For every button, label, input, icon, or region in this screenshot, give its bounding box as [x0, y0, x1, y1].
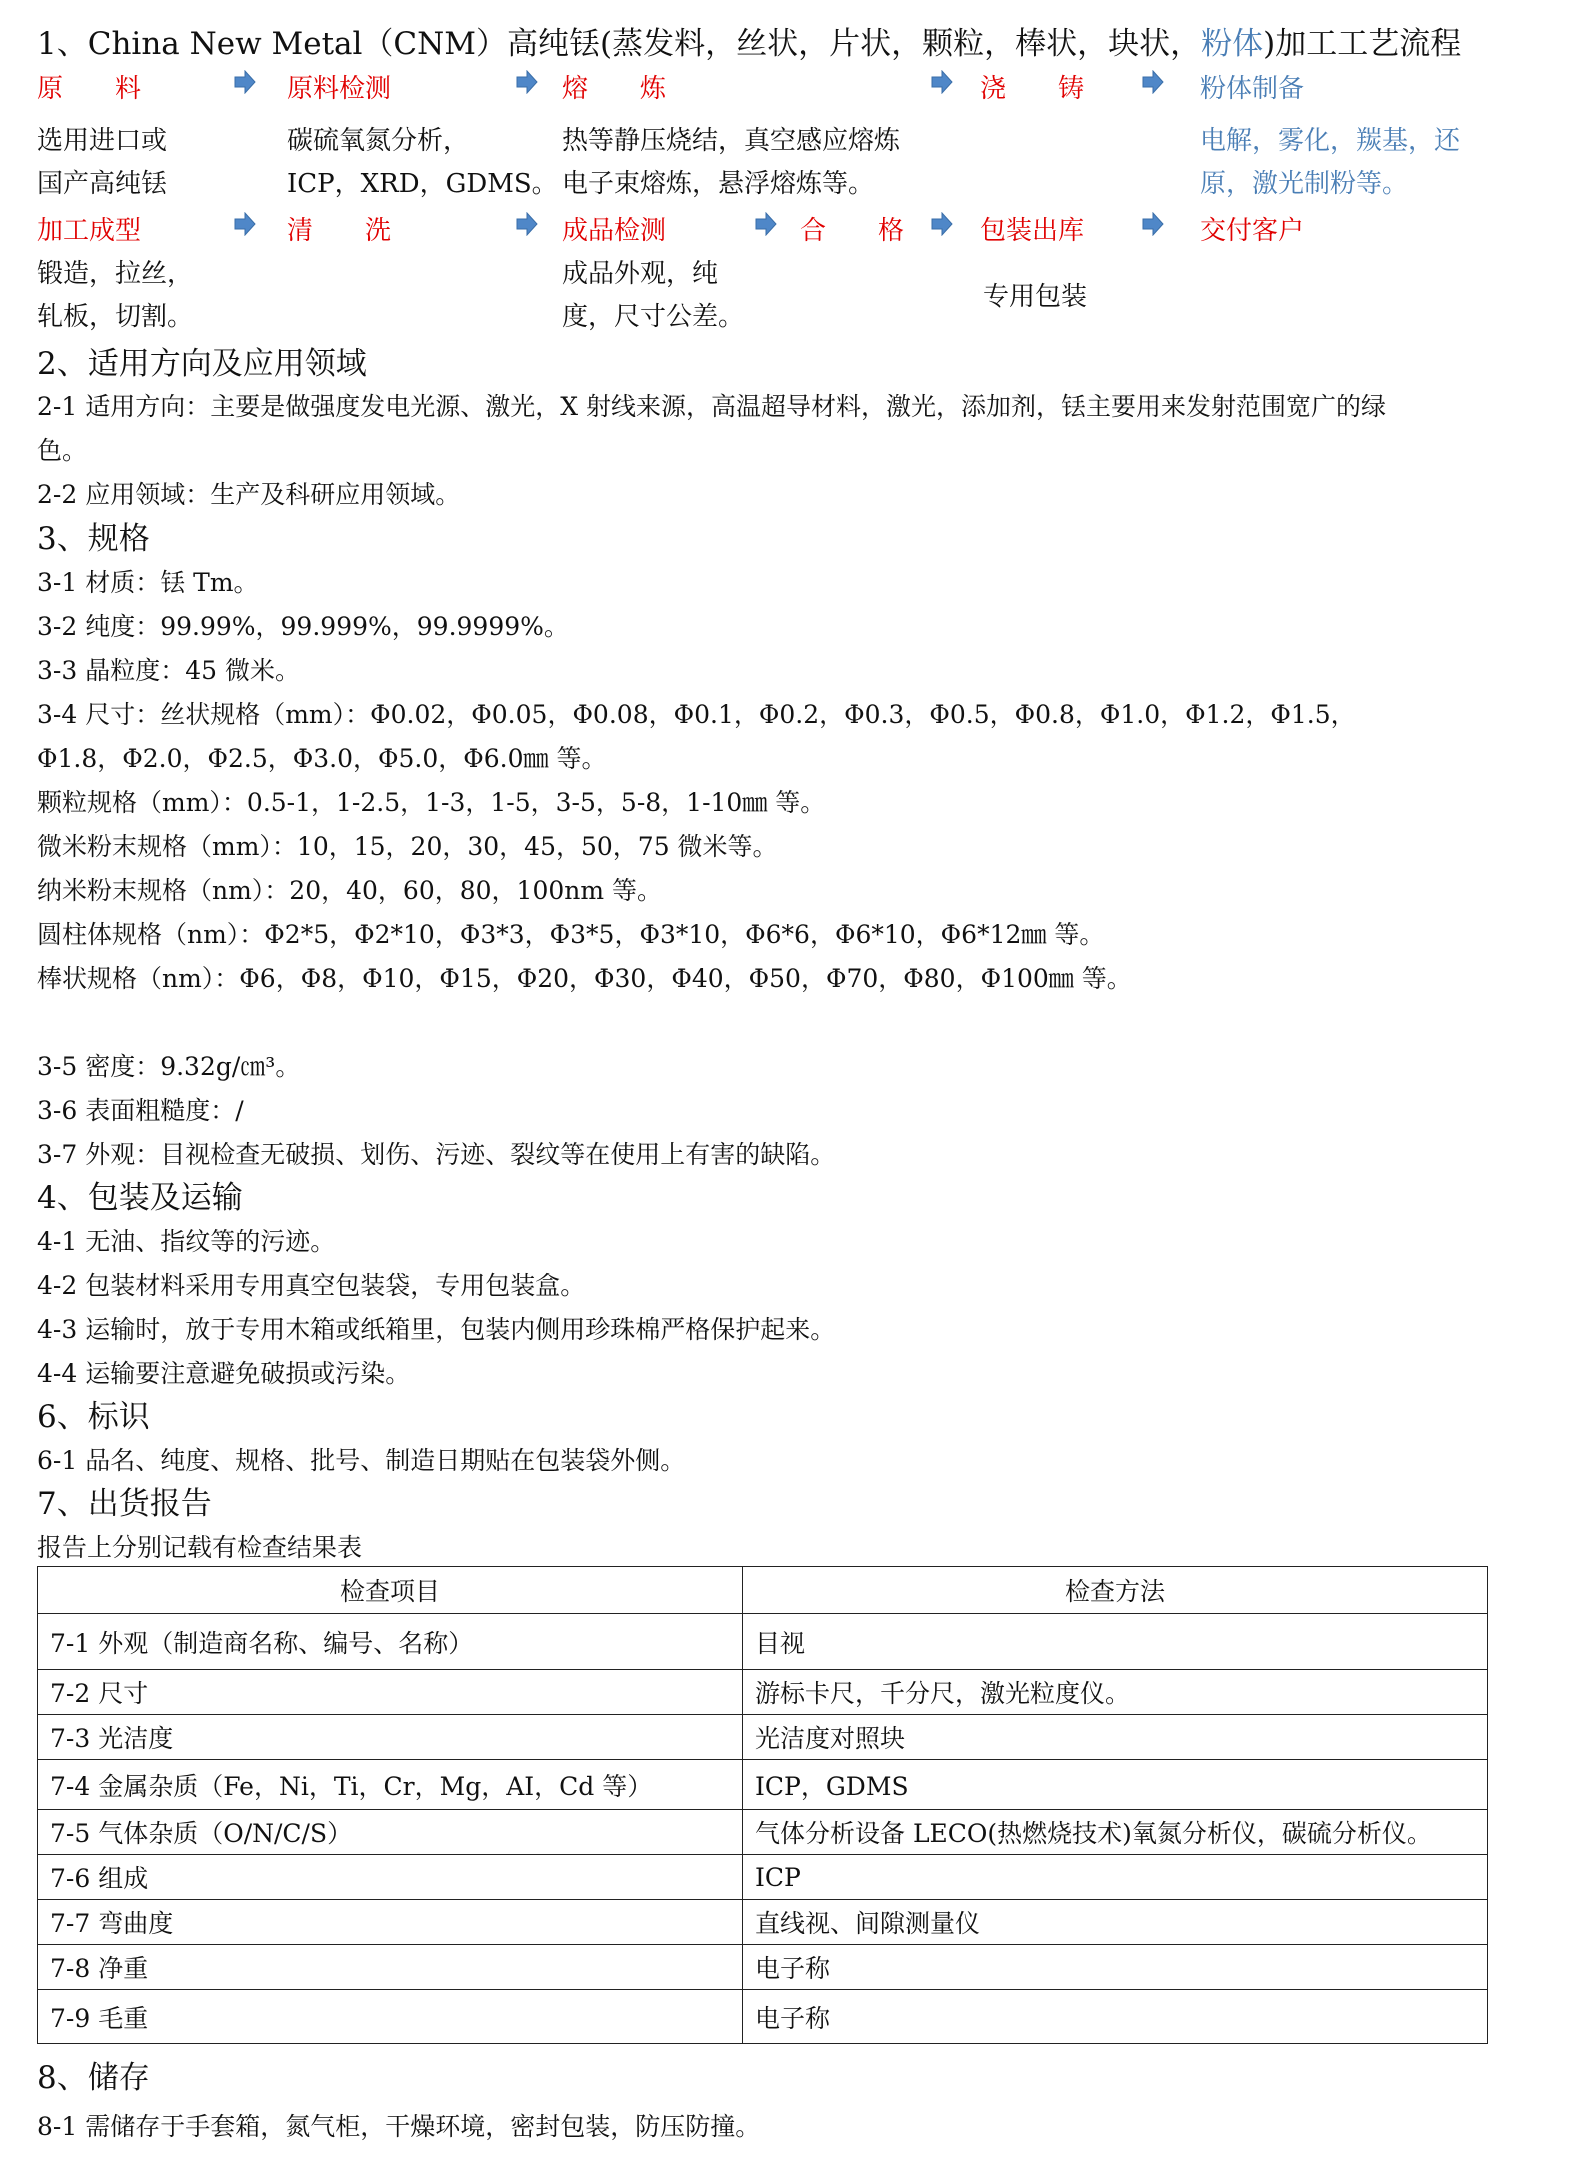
spec-item: 3-4 尺寸：丝状规格（mm）：Φ0.02，Φ0.05，Φ0.08，Φ0.1，Φ… [37, 695, 1356, 731]
flow-step-casting: 浇 铸 [980, 68, 1084, 105]
label-item: 6-1 品名、纯度、规格、批号、制造日期贴在包装袋外侧。 [37, 1441, 685, 1477]
flow-desc-packing: 专用包装 [983, 276, 1087, 313]
spec-item: 圆柱体规格（nm）：Φ2*5，Φ2*10，Φ3*3，Φ3*5，Φ3*10，Φ6*… [37, 915, 1104, 951]
spec-item: 3-6 表面粗糙度：/ [37, 1091, 244, 1127]
table-row: 7-8 净重 电子称 [38, 1945, 1488, 1990]
table-cell-method: 目视 [743, 1614, 1488, 1670]
table-cell-item: 7-4 金属杂质（Fe，Ni，Ti，Cr，Mg，AI，Cd 等） [38, 1760, 743, 1810]
table-cell-method: 电子称 [743, 1945, 1488, 1990]
spec-item: 纳米粉末规格（nm）：20，40，60，80，100nm 等。 [37, 871, 662, 907]
flow-step-qualified: 合 格 [800, 210, 904, 247]
flow-desc-forming-1: 锻造，拉丝， [37, 253, 193, 290]
storage-item: 8-1 需储存于手套箱，氮气柜，干燥环境，密封包装，防压防撞。 [37, 2107, 760, 2143]
flow-step-final-test: 成品检测 [562, 210, 666, 247]
table-header-row: 检查项目 检查方法 [38, 1567, 1488, 1614]
table-cell-method: 电子称 [743, 1990, 1488, 2044]
spec-item: Φ1.8，Φ2.0，Φ2.5，Φ3.0，Φ5.0，Φ6.0㎜ 等。 [37, 739, 606, 775]
table-header-item: 检查项目 [38, 1567, 743, 1614]
title-suffix: )加工工艺流程 [1263, 26, 1461, 62]
section-2-heading: 2、适用方向及应用领域 [37, 338, 367, 383]
flow-step-raw-material: 原 料 [37, 68, 141, 105]
spec-item: 3-7 外观：目视检查无破损、划伤、污迹、裂纹等在使用上有害的缺陷。 [37, 1135, 835, 1171]
right-arrow-icon [1142, 212, 1164, 236]
packing-item: 4-2 包装材料采用专用真空包装袋，专用包装盒。 [37, 1266, 585, 1302]
table-cell-method: 气体分析设备 LECO(热燃烧技术)氧氮分析仪，碳硫分析仪。 [743, 1810, 1488, 1855]
section-2-item: 2-2 应用领域：生产及科研应用领域。 [37, 475, 460, 511]
spec-item: 3-1 材质：铥 Tm。 [37, 563, 259, 599]
right-arrow-icon [516, 212, 538, 236]
right-arrow-icon [755, 212, 777, 236]
spec-item: 颗粒规格（mm）：0.5-1，1-2.5，1-3，1-5，3-5，5-8，1-1… [37, 783, 825, 819]
table-header-method: 检查方法 [743, 1567, 1488, 1614]
right-arrow-icon [931, 212, 953, 236]
flow-step-packing-out: 包装出库 [980, 210, 1084, 247]
spec-item: 微米粉末规格（mm）：10，15，20，30，45，50，75 微米等。 [37, 827, 778, 863]
flow-desc-test-2: ICP，XRD，GDMS。 [287, 163, 558, 200]
document-title: 1、China New Metal（CNM）高纯铥(蒸发料，丝状，片状，颗粒，棒… [37, 18, 1461, 63]
table-cell-item: 7-3 光洁度 [38, 1715, 743, 1760]
section-6-heading: 6、标识 [37, 1391, 150, 1436]
table-cell-method: ICP [743, 1855, 1488, 1900]
flow-desc-smelting-2: 电子束熔炼，悬浮熔炼等。 [562, 163, 874, 200]
right-arrow-icon [516, 70, 538, 94]
table-cell-item: 7-6 组成 [38, 1855, 743, 1900]
table-cell-item: 7-8 净重 [38, 1945, 743, 1990]
flow-step-raw-material-test: 原料检测 [287, 68, 391, 105]
table-row: 7-5 气体杂质（O/N/C/S） 气体分析设备 LECO(热燃烧技术)氧氮分析… [38, 1810, 1488, 1855]
table-row: 7-2 尺寸 游标卡尺，千分尺，激光粒度仪。 [38, 1670, 1488, 1715]
section-8-heading: 8、储存 [37, 2052, 150, 2097]
table-cell-method: 光洁度对照块 [743, 1715, 1488, 1760]
section-2-item: 2-1 适用方向：主要是做强度发电光源、激光，X 射线来源，高温超导材料，激光，… [37, 387, 1386, 423]
flow-desc-final-test-1: 成品外观，纯 [562, 253, 718, 290]
right-arrow-icon [1142, 70, 1164, 94]
title-highlight: 粉体 [1201, 26, 1263, 62]
table-cell-item: 7-1 外观（制造商名称、编号、名称） [38, 1614, 743, 1670]
table-cell-method: 直线视、间隙测量仪 [743, 1900, 1488, 1945]
section-4-heading: 4、包装及运输 [37, 1172, 243, 1217]
table-cell-item: 7-9 毛重 [38, 1990, 743, 2044]
right-arrow-icon [234, 212, 256, 236]
flow-desc-test-1: 碳硫氧氮分析， [287, 120, 469, 157]
spec-item: 3-2 纯度：99.99%，99.999%，99.9999%。 [37, 607, 569, 643]
table-cell-item: 7-7 弯曲度 [38, 1900, 743, 1945]
packing-item: 4-4 运输要注意避免破损或污染。 [37, 1354, 410, 1390]
section-2-item: 色。 [37, 431, 87, 467]
table-cell-method: ICP，GDMS [743, 1760, 1488, 1810]
section-7-heading: 7、出货报告 [37, 1478, 212, 1523]
flow-desc-raw-material-1: 选用进口或 [37, 120, 167, 157]
table-row: 7-3 光洁度 光洁度对照块 [38, 1715, 1488, 1760]
flow-desc-forming-2: 轧板，切割。 [37, 296, 193, 333]
flow-step-powder-prep: 粉体制备 [1200, 68, 1304, 105]
flow-desc-raw-material-2: 国产高纯铥 [37, 163, 167, 200]
flow-step-cleaning: 清 洗 [287, 210, 391, 247]
spec-item: 3-3 晶粒度：45 微米。 [37, 651, 300, 687]
right-arrow-icon [931, 70, 953, 94]
right-arrow-icon [234, 70, 256, 94]
title-prefix: 1、China New Metal（CNM）高纯铥(蒸发料，丝状，片状，颗粒，棒… [37, 26, 1201, 62]
table-row: 7-7 弯曲度 直线视、间隙测量仪 [38, 1900, 1488, 1945]
table-cell-item: 7-5 气体杂质（O/N/C/S） [38, 1810, 743, 1855]
table-cell-item: 7-2 尺寸 [38, 1670, 743, 1715]
flow-step-smelting: 熔 炼 [562, 68, 666, 105]
flow-desc-powder-1: 电解，雾化，羰基，还 [1200, 120, 1460, 157]
table-row: 7-4 金属杂质（Fe，Ni，Ti，Cr，Mg，AI，Cd 等） ICP，GDM… [38, 1760, 1488, 1810]
table-cell-method: 游标卡尺，千分尺，激光粒度仪。 [743, 1670, 1488, 1715]
table-row: 7-9 毛重 电子称 [38, 1990, 1488, 2044]
flow-desc-smelting-1: 热等静压烧结，真空感应熔炼 [562, 120, 900, 157]
flow-desc-final-test-2: 度，尺寸公差。 [562, 296, 744, 333]
inspection-table: 检查项目 检查方法 7-1 外观（制造商名称、编号、名称） 目视 7-2 尺寸 … [37, 1566, 1488, 2044]
report-intro: 报告上分别记载有检查结果表 [37, 1528, 362, 1564]
table-row: 7-1 外观（制造商名称、编号、名称） 目视 [38, 1614, 1488, 1670]
spec-item: 棒状规格（nm）：Φ6，Φ8，Φ10，Φ15，Φ20，Φ30，Φ40，Φ50，Φ… [37, 959, 1132, 995]
flow-desc-powder-2: 原，激光制粉等。 [1200, 163, 1408, 200]
packing-item: 4-3 运输时，放于专用木箱或纸箱里，包装内侧用珍珠棉严格保护起来。 [37, 1310, 835, 1346]
flow-step-deliver: 交付客户 [1200, 210, 1304, 247]
section-3-heading: 3、规格 [37, 513, 150, 558]
flow-step-forming: 加工成型 [37, 210, 141, 247]
table-row: 7-6 组成 ICP [38, 1855, 1488, 1900]
packing-item: 4-1 无油、指纹等的污迹。 [37, 1222, 335, 1258]
spec-item: 3-5 密度：9.32g/㎝³。 [37, 1047, 300, 1083]
